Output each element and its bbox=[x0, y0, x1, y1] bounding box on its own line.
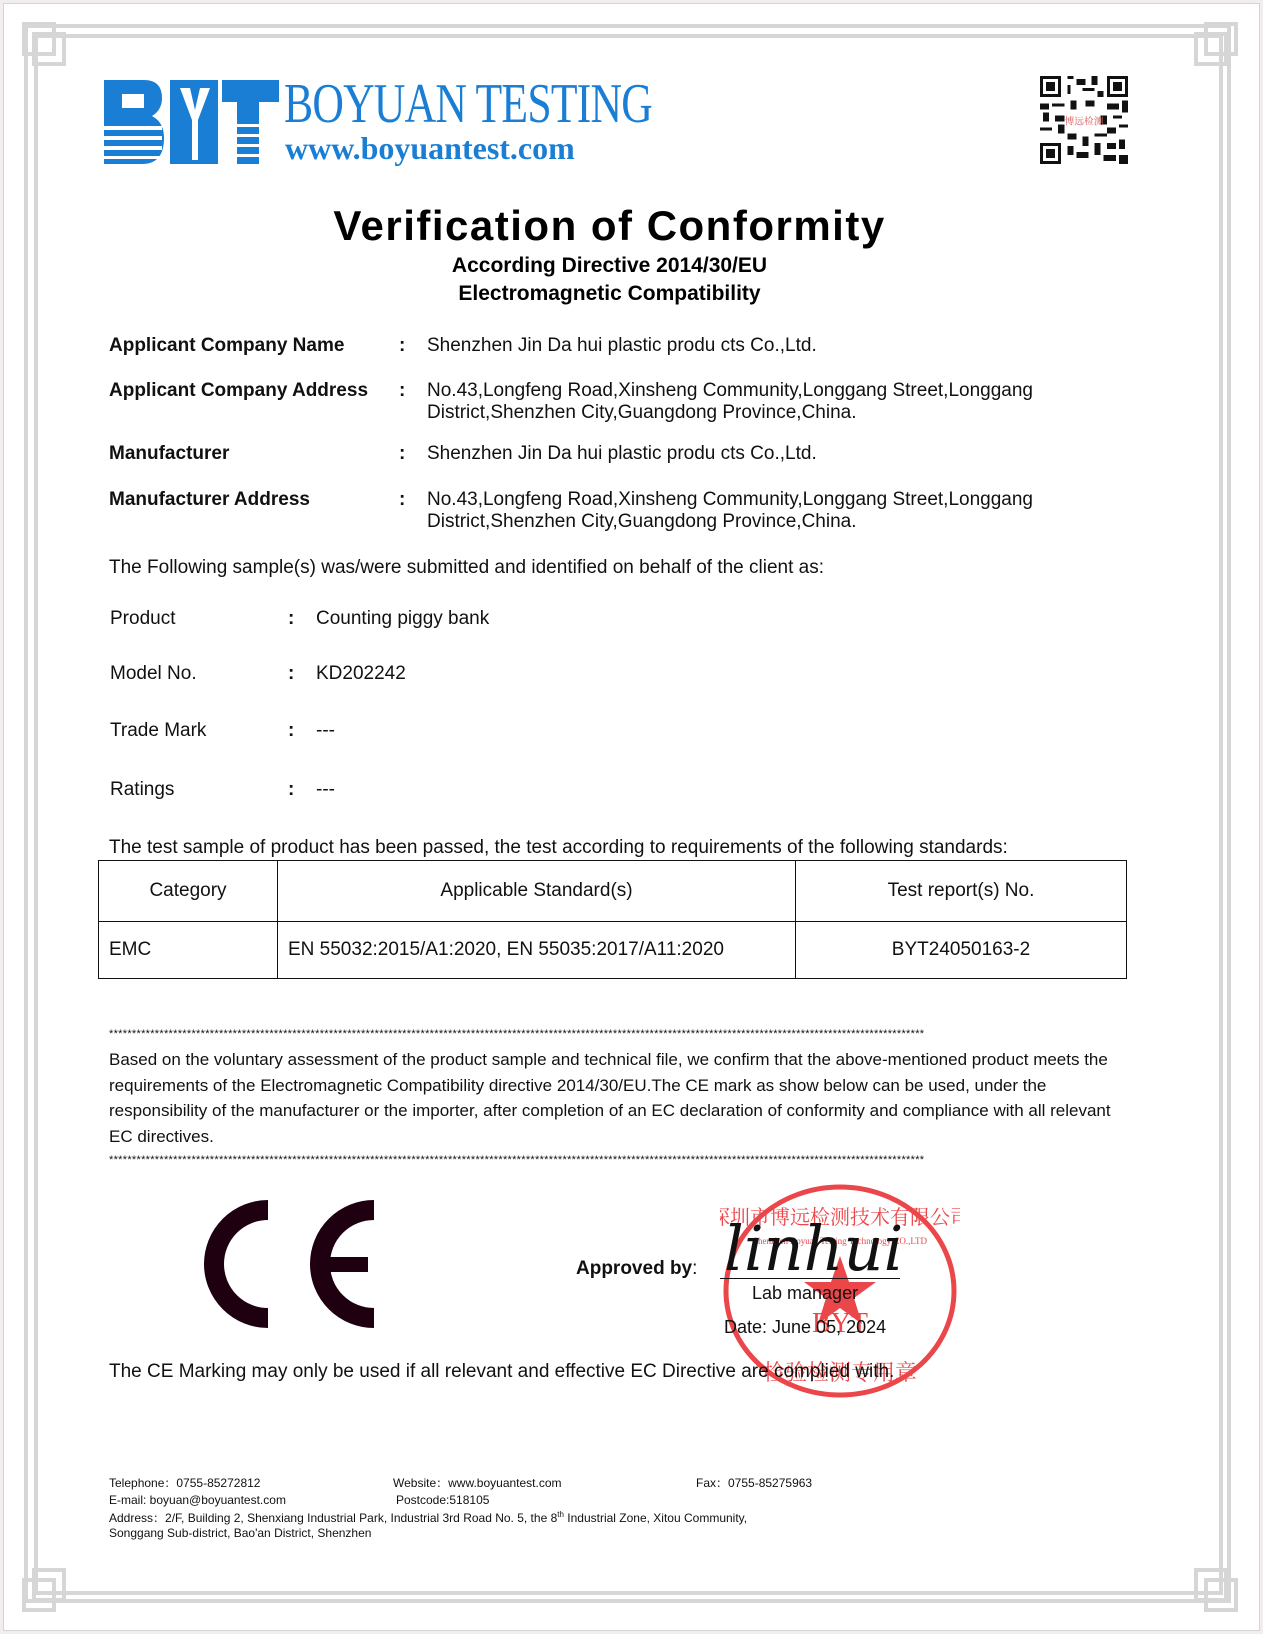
corner-ornament-icon bbox=[18, 1564, 70, 1616]
table-row: EMC EN 55032:2015/A1:2020, EN 55035:2017… bbox=[99, 922, 1127, 979]
sample-intro: The Following sample(s) was/were submitt… bbox=[109, 557, 824, 579]
corner-ornament-icon bbox=[1190, 18, 1242, 70]
approval-date: Date: June 05, 2024 bbox=[724, 1317, 886, 1338]
signature-icon: linhui bbox=[724, 1204, 924, 1279]
separator-bottom: ****************************************… bbox=[109, 1154, 1099, 1166]
footer-address-line2: Songgang Sub-district, Bao'an District, … bbox=[109, 1526, 371, 1540]
conformity-statement: Based on the voluntary assessment of the… bbox=[109, 1047, 1119, 1149]
directive-subtitle: According Directive 2014/30/EU bbox=[4, 254, 1215, 278]
footer-telephone: Telephone：0755-85272812 bbox=[109, 1474, 260, 1491]
ce-mark-icon bbox=[196, 1200, 376, 1328]
approver-role: Lab manager bbox=[752, 1283, 858, 1304]
col-header-report-no: Test report(s) No. bbox=[796, 861, 1127, 922]
footer-email: E-mail: boyuan@boyuantest.com bbox=[109, 1493, 286, 1507]
svg-text:linhui: linhui bbox=[724, 1212, 903, 1279]
corner-ornament-icon bbox=[18, 18, 70, 70]
certificate-page: BOYUAN TESTING www.boyuantest.com 博远检测 V… bbox=[3, 3, 1260, 1631]
brand-name: BOYUAN TESTING bbox=[284, 72, 652, 136]
standards-table: Category Applicable Standard(s) Test rep… bbox=[98, 860, 1127, 979]
ce-marking-note: The CE Marking may only be used if all r… bbox=[109, 1361, 894, 1383]
scope-subtitle: Electromagnetic Compatibility bbox=[4, 282, 1215, 306]
qr-code-icon: 博远检测 bbox=[1040, 76, 1128, 164]
footer-fax: Fax：0755-85275963 bbox=[696, 1474, 812, 1491]
col-header-category: Category bbox=[99, 861, 278, 922]
col-header-standards: Applicable Standard(s) bbox=[278, 861, 796, 922]
brand-url: www.boyuantest.com bbox=[285, 130, 575, 167]
approved-by-label: Approved by: bbox=[576, 1258, 697, 1280]
cell-report-no: BYT24050163-2 bbox=[796, 922, 1127, 979]
footer-address-line1: Address：2/F, Building 2, Shenxiang Indus… bbox=[109, 1509, 747, 1526]
svg-text:博远检测: 博远检测 bbox=[1065, 115, 1104, 128]
byt-logo-icon bbox=[104, 80, 279, 164]
document-title: Verification of Conformity bbox=[4, 202, 1215, 250]
separator-top: ****************************************… bbox=[109, 1028, 1109, 1040]
cell-category: EMC bbox=[99, 922, 278, 979]
footer-postcode: Postcode:518105 bbox=[396, 1493, 489, 1507]
footer-website: Website：www.boyuantest.com bbox=[393, 1474, 562, 1491]
corner-ornament-icon bbox=[1190, 1564, 1242, 1616]
standards-intro: The test sample of product has been pass… bbox=[109, 837, 1008, 859]
cell-standards: EN 55032:2015/A1:2020, EN 55035:2017/A11… bbox=[278, 922, 796, 979]
